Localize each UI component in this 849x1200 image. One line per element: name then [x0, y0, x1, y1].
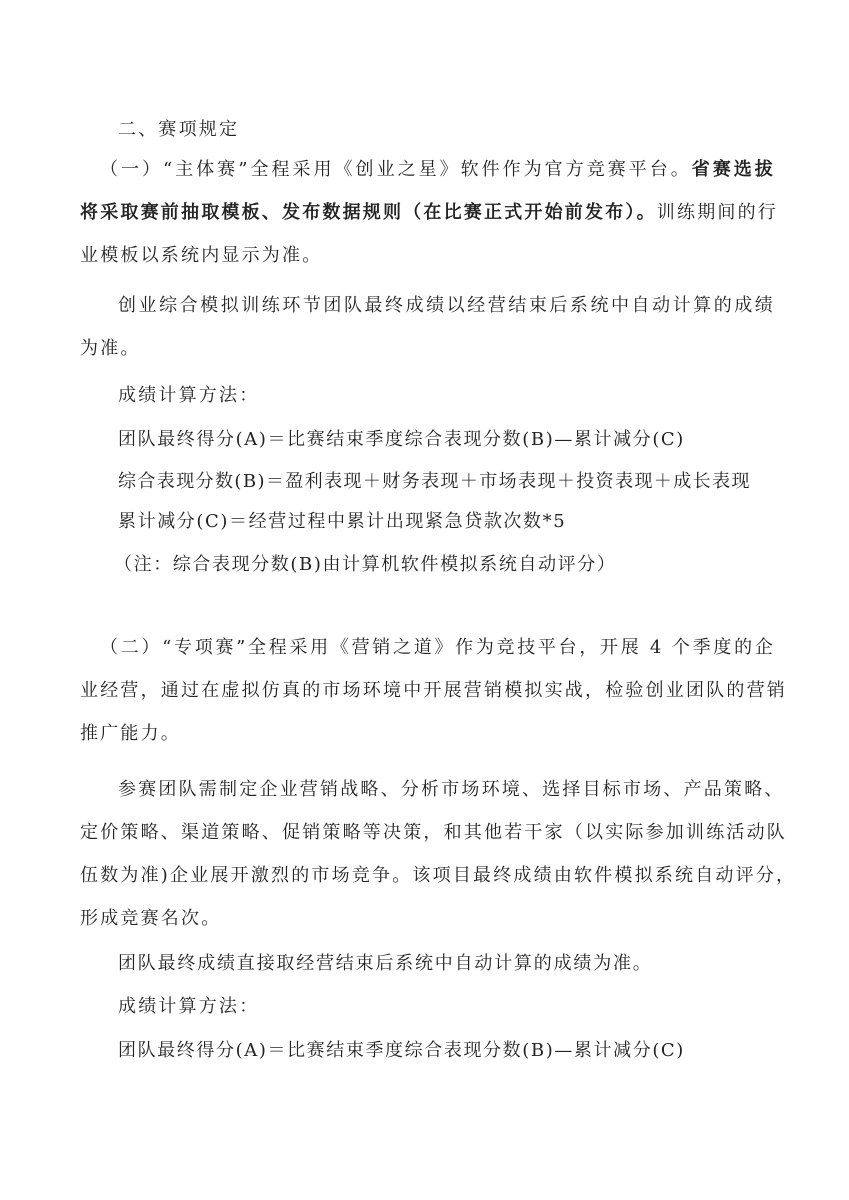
paragraph-line: 参赛团队需制定企业营销战略、分析市场环境、选择目标市场、产品策略、 — [118, 778, 775, 802]
paragraph-line: 伍数为准)企业展开激烈的市场竞争。该项目最终成绩由软件模拟系统自动评分， — [80, 864, 775, 888]
paragraph-line: 为准。 — [80, 337, 141, 361]
paragraph-line: 将采取赛前抽取模板、发布数据规则（在比赛正式开始前发布）。训练期间的行 — [80, 201, 775, 225]
paragraph-line: 定价策略、渠道策略、促销策略等决策，和其他若干家（以实际参加训练活动队 — [80, 821, 775, 845]
note: （注：综合表现分数(B)由计算机软件模拟系统自动评分） — [114, 553, 616, 577]
section-heading: 二、赛项规定 — [118, 118, 239, 142]
paragraph-line: 形成竞赛名次。 — [80, 907, 221, 931]
formula-c: 累计减分(C)＝经营过程中累计出现紧急贷款次数*5 — [118, 510, 566, 534]
formula-a: 团队最终得分(A)＝比赛结束季度综合表现分数(B)—累计减分(C) — [118, 1039, 685, 1063]
method-label: 成绩计算方法： — [118, 384, 259, 408]
formula-b: 综合表现分数(B)＝盈利表现＋财务表现＋市场表现＋投资表现＋成长表现 — [118, 470, 751, 494]
paragraph-line: 创业综合模拟训练环节团队最终成绩以经营结束后系统中自动计算的成绩 — [118, 294, 775, 318]
paragraph-line: 业经营，通过在虚拟仿真的市场环境中开展营销模拟实战，检验创业团队的营销 — [80, 679, 775, 703]
paragraph-line: 推广能力。 — [80, 722, 181, 746]
method-label: 成绩计算方法： — [118, 995, 259, 1019]
formula-a: 团队最终得分(A)＝比赛结束季度综合表现分数(B)—累计减分(C) — [118, 428, 685, 452]
paragraph-line: 业模板以系统内显示为准。 — [80, 244, 322, 268]
paragraph-line: （二）“专项赛”全程采用《营销之道》作为竞技平台，开展 4 个季度的企 — [100, 636, 775, 660]
paragraph-line: 团队最终成绩直接取经营结束后系统中自动计算的成绩为准。 — [118, 952, 653, 976]
paragraph-line: （一）“主体赛”全程采用《创业之星》软件作为官方竞赛平台。省赛选拔 — [100, 158, 775, 182]
